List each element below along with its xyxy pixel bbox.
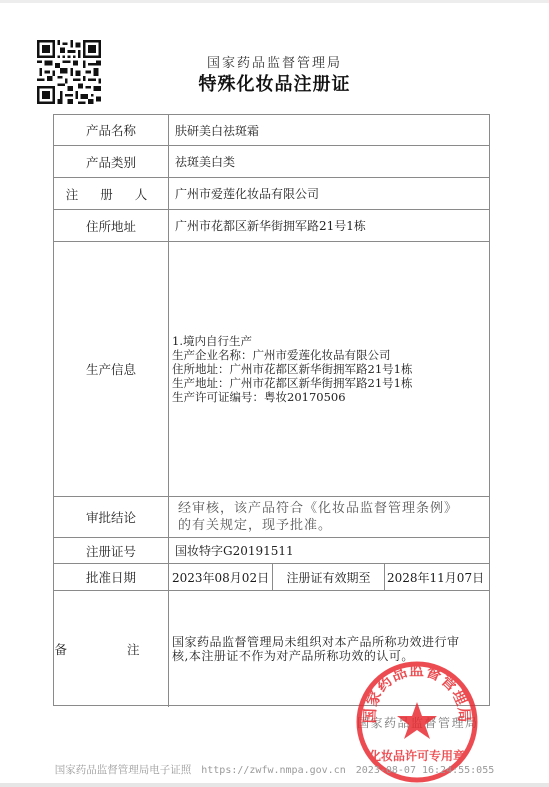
label-registrant: 注 册 人 — [54, 178, 169, 209]
production-line: 生产企业名称：广州市爱莲化妆品有限公司 — [172, 348, 391, 362]
bottom-border — [0, 783, 549, 787]
label-approval-conclusion: 审批结论 — [54, 497, 169, 537]
value-registration-number: 国妆特字G20191511 — [175, 538, 483, 563]
label-registration-number: 注册证号 — [54, 538, 169, 563]
footer-url[interactable]: https://zwfw.nmpa.gov.cn — [201, 765, 346, 776]
value-registrant: 广州市爱莲化妆品有限公司 — [175, 178, 483, 209]
row-product-name: 产品名称 肤研美白祛斑霜 — [54, 115, 489, 146]
top-border — [0, 0, 549, 3]
label-approval-date: 批准日期 — [54, 564, 169, 590]
row-production-info: 生产信息 1.境内自行生产 生产企业名称：广州市爱莲化妆品有限公司 住所地址：广… — [54, 242, 489, 497]
label-product-category: 产品类别 — [54, 146, 169, 177]
production-line: 生产许可证编号：粤妆20170506 — [172, 390, 346, 404]
production-line: 1.境内自行生产 — [172, 334, 252, 348]
value-product-name: 肤研美白祛斑霜 — [175, 115, 483, 145]
certificate-table: 产品名称 肤研美白祛斑霜 产品类别 祛斑美白类 注 册 人 广州市爱莲化妆品有限… — [53, 114, 490, 706]
value-valid-until: 2028年11月07日 — [387, 564, 489, 590]
row-address: 住所地址 广州市花都区新华街拥军路21号1栋 — [54, 210, 489, 242]
conclusion-line: 的有关规定，现予批准。 — [178, 517, 332, 534]
value-approval-conclusion: 经审核，该产品符合《化妆品监督管理条例》 的有关规定，现予批准。 — [178, 497, 483, 537]
row-registrant: 注 册 人 广州市爱莲化妆品有限公司 — [54, 178, 489, 210]
row-registration-number: 注册证号 国妆特字G20191511 — [54, 538, 489, 564]
label-remarks: 备 注 — [54, 591, 169, 707]
seal-inner-text: 化妆品许可专用章 — [368, 748, 465, 763]
value-production-info: 1.境内自行生产 生产企业名称：广州市爱莲化妆品有限公司 住所地址：广州市花都区… — [172, 242, 483, 496]
remarks-line: 国家药品监督管理局未组织对本产品所称功效进行审 — [172, 635, 460, 649]
production-line: 生产地址：广州市花都区新华街拥军路21号1栋 — [172, 376, 412, 390]
label-production-info: 生产信息 — [54, 242, 169, 496]
label-address: 住所地址 — [54, 210, 169, 241]
row-approval-date: 批准日期 2023年08月02日 注册证有效期至 2028年11月07日 — [54, 564, 489, 591]
row-product-category: 产品类别 祛斑美白类 — [54, 146, 489, 178]
value-product-category: 祛斑美白类 — [175, 146, 483, 177]
document-title: 特殊化妆品注册证 — [0, 70, 549, 96]
footer-timestamp: 2023-08-07 16:24:55:055 — [356, 765, 494, 776]
row-approval-conclusion: 审批结论 经审核，该产品符合《化妆品监督管理条例》 的有关规定，现予批准。 — [54, 497, 489, 538]
production-line: 住所地址：广州市花都区新华街拥军路21号1栋 — [172, 362, 412, 376]
footer-label: 国家药品监督管理局电子证照 — [55, 764, 192, 776]
label-valid-until: 注册证有效期至 — [273, 564, 385, 590]
label-product-name: 产品名称 — [54, 115, 169, 145]
agency-name: 国家药品监督管理局 — [0, 52, 549, 71]
value-approval-date: 2023年08月02日 — [172, 564, 273, 590]
value-address: 广州市花都区新华街拥军路21号1栋 — [175, 210, 483, 241]
footer: 国家药品监督管理局电子证照 https://zwfw.nmpa.gov.cn 2… — [0, 762, 549, 777]
conclusion-line: 经审核，该产品符合《化妆品监督管理条例》 — [178, 500, 458, 517]
